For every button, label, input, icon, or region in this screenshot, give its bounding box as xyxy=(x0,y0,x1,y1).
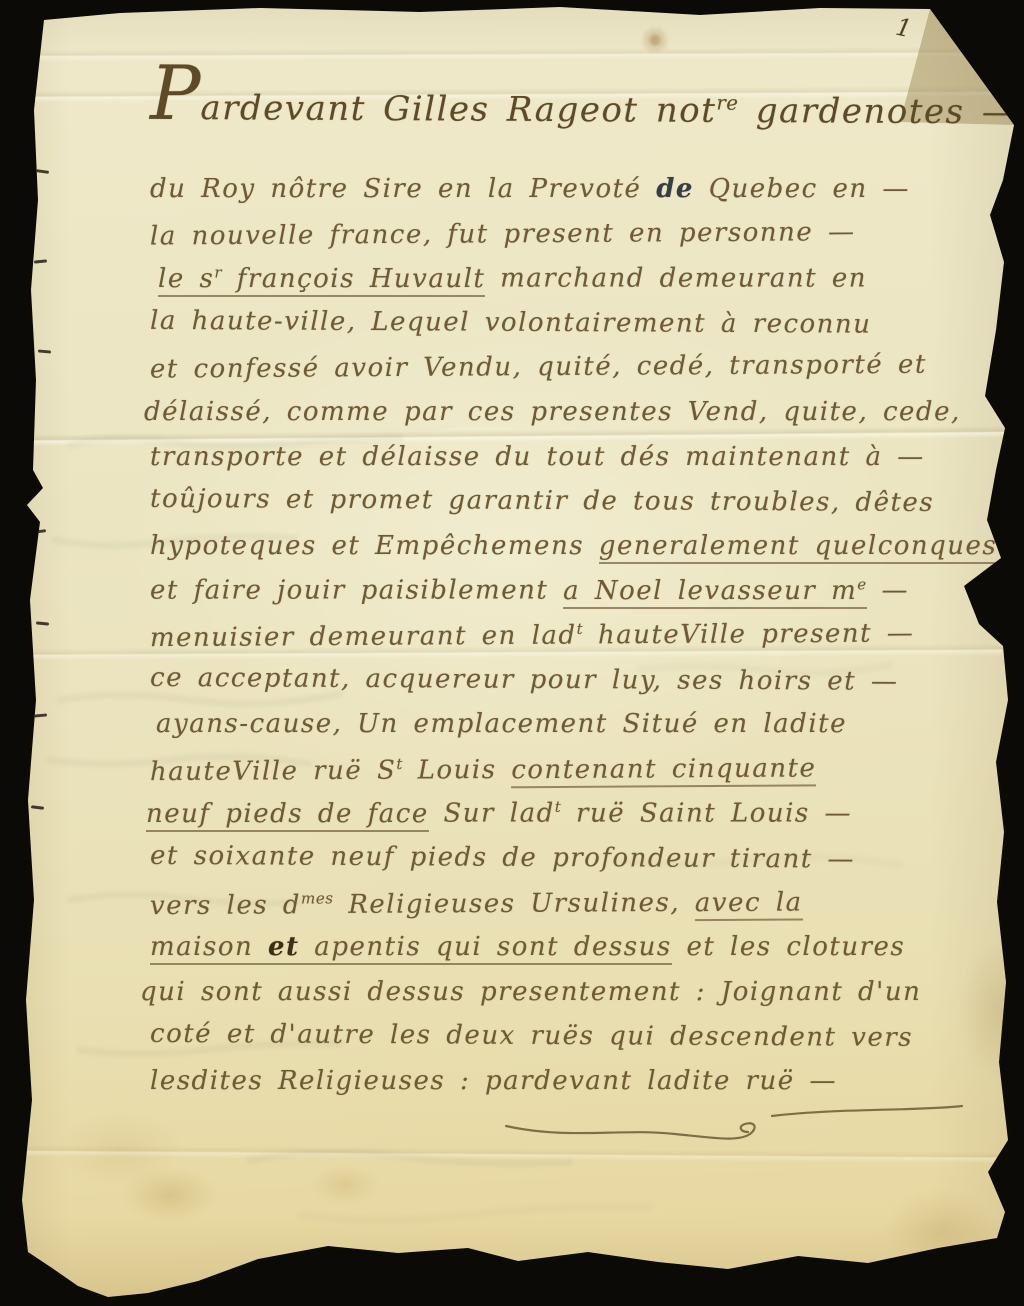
manuscript-line: lesdites Religieuses : pardevant ladite … xyxy=(150,1066,960,1111)
binding-stitch xyxy=(33,529,46,534)
fold-crease xyxy=(0,1144,1024,1163)
manuscript-line: neuf pieds de face Sur ladt ruë Saint Lo… xyxy=(146,798,960,843)
manuscript-line: maison et apentis qui sont dessus et les… xyxy=(150,932,960,977)
manuscript-line: le sr françois Huvault marchand demeuran… xyxy=(158,263,960,308)
manuscript-line: délaissé, comme par ces presentes Vend, … xyxy=(144,397,960,442)
binding-stitch xyxy=(34,713,47,717)
binding-stitch xyxy=(31,805,44,810)
manuscript-line: Pardevant Gilles Rageot notre gardenotes… xyxy=(150,84,960,176)
manuscript-line: ayans-cause, Un emplacement Situé en lad… xyxy=(156,709,960,754)
manuscript-line: vers les dmes Religieuses Ursulines, ave… xyxy=(150,885,960,935)
binding-stitch xyxy=(34,259,47,263)
manuscript-line: du Roy nôtre Sire en la Prevoté de Quebe… xyxy=(150,174,960,219)
manuscript-line: qui sont aussi dessus presentement : Joi… xyxy=(140,977,960,1022)
manuscript-line: la nouvelle france, fut present en perso… xyxy=(150,216,960,266)
manuscript-line: la haute-ville, Lequel volontairement à … xyxy=(150,306,960,355)
manuscript-page: 1 Pardevant Gilles Rageot notre gardenot… xyxy=(0,0,1024,1306)
binding-stitch xyxy=(36,621,49,625)
page-number: 1 xyxy=(893,13,914,44)
manuscript-line: et confessé avoir Vendu, quité, cedé, tr… xyxy=(150,350,960,400)
manuscript-line: et soixante neuf pieds de profondeur tir… xyxy=(150,841,960,890)
binding-stitch xyxy=(38,349,51,353)
photo-backdrop: 1 Pardevant Gilles Rageot notre gardenot… xyxy=(0,0,1024,1306)
manuscript-line: et faire jouir paisiblement a Noel levas… xyxy=(150,575,960,620)
manuscript-line: ce acceptant, acquereur pour luy, ses ho… xyxy=(150,662,960,711)
manuscript-line: toûjours et promet garantir de tous trou… xyxy=(150,484,960,533)
manuscript-line: transporte et délaisse du tout dés maint… xyxy=(150,442,960,487)
manuscript-line: hauteVille ruë St Louis contenant cinqua… xyxy=(150,751,960,801)
manuscript-line: coté et d'autre les deux ruës qui descen… xyxy=(150,1019,960,1068)
manuscript-text: Pardevant Gilles Rageot notre gardenotes… xyxy=(150,86,960,1110)
manuscript-line: menuisier demeurant en ladt hauteVille p… xyxy=(150,617,960,667)
manuscript-line: hypoteques et Empêchemens generalement q… xyxy=(150,531,960,576)
binding-stitch xyxy=(36,169,49,174)
